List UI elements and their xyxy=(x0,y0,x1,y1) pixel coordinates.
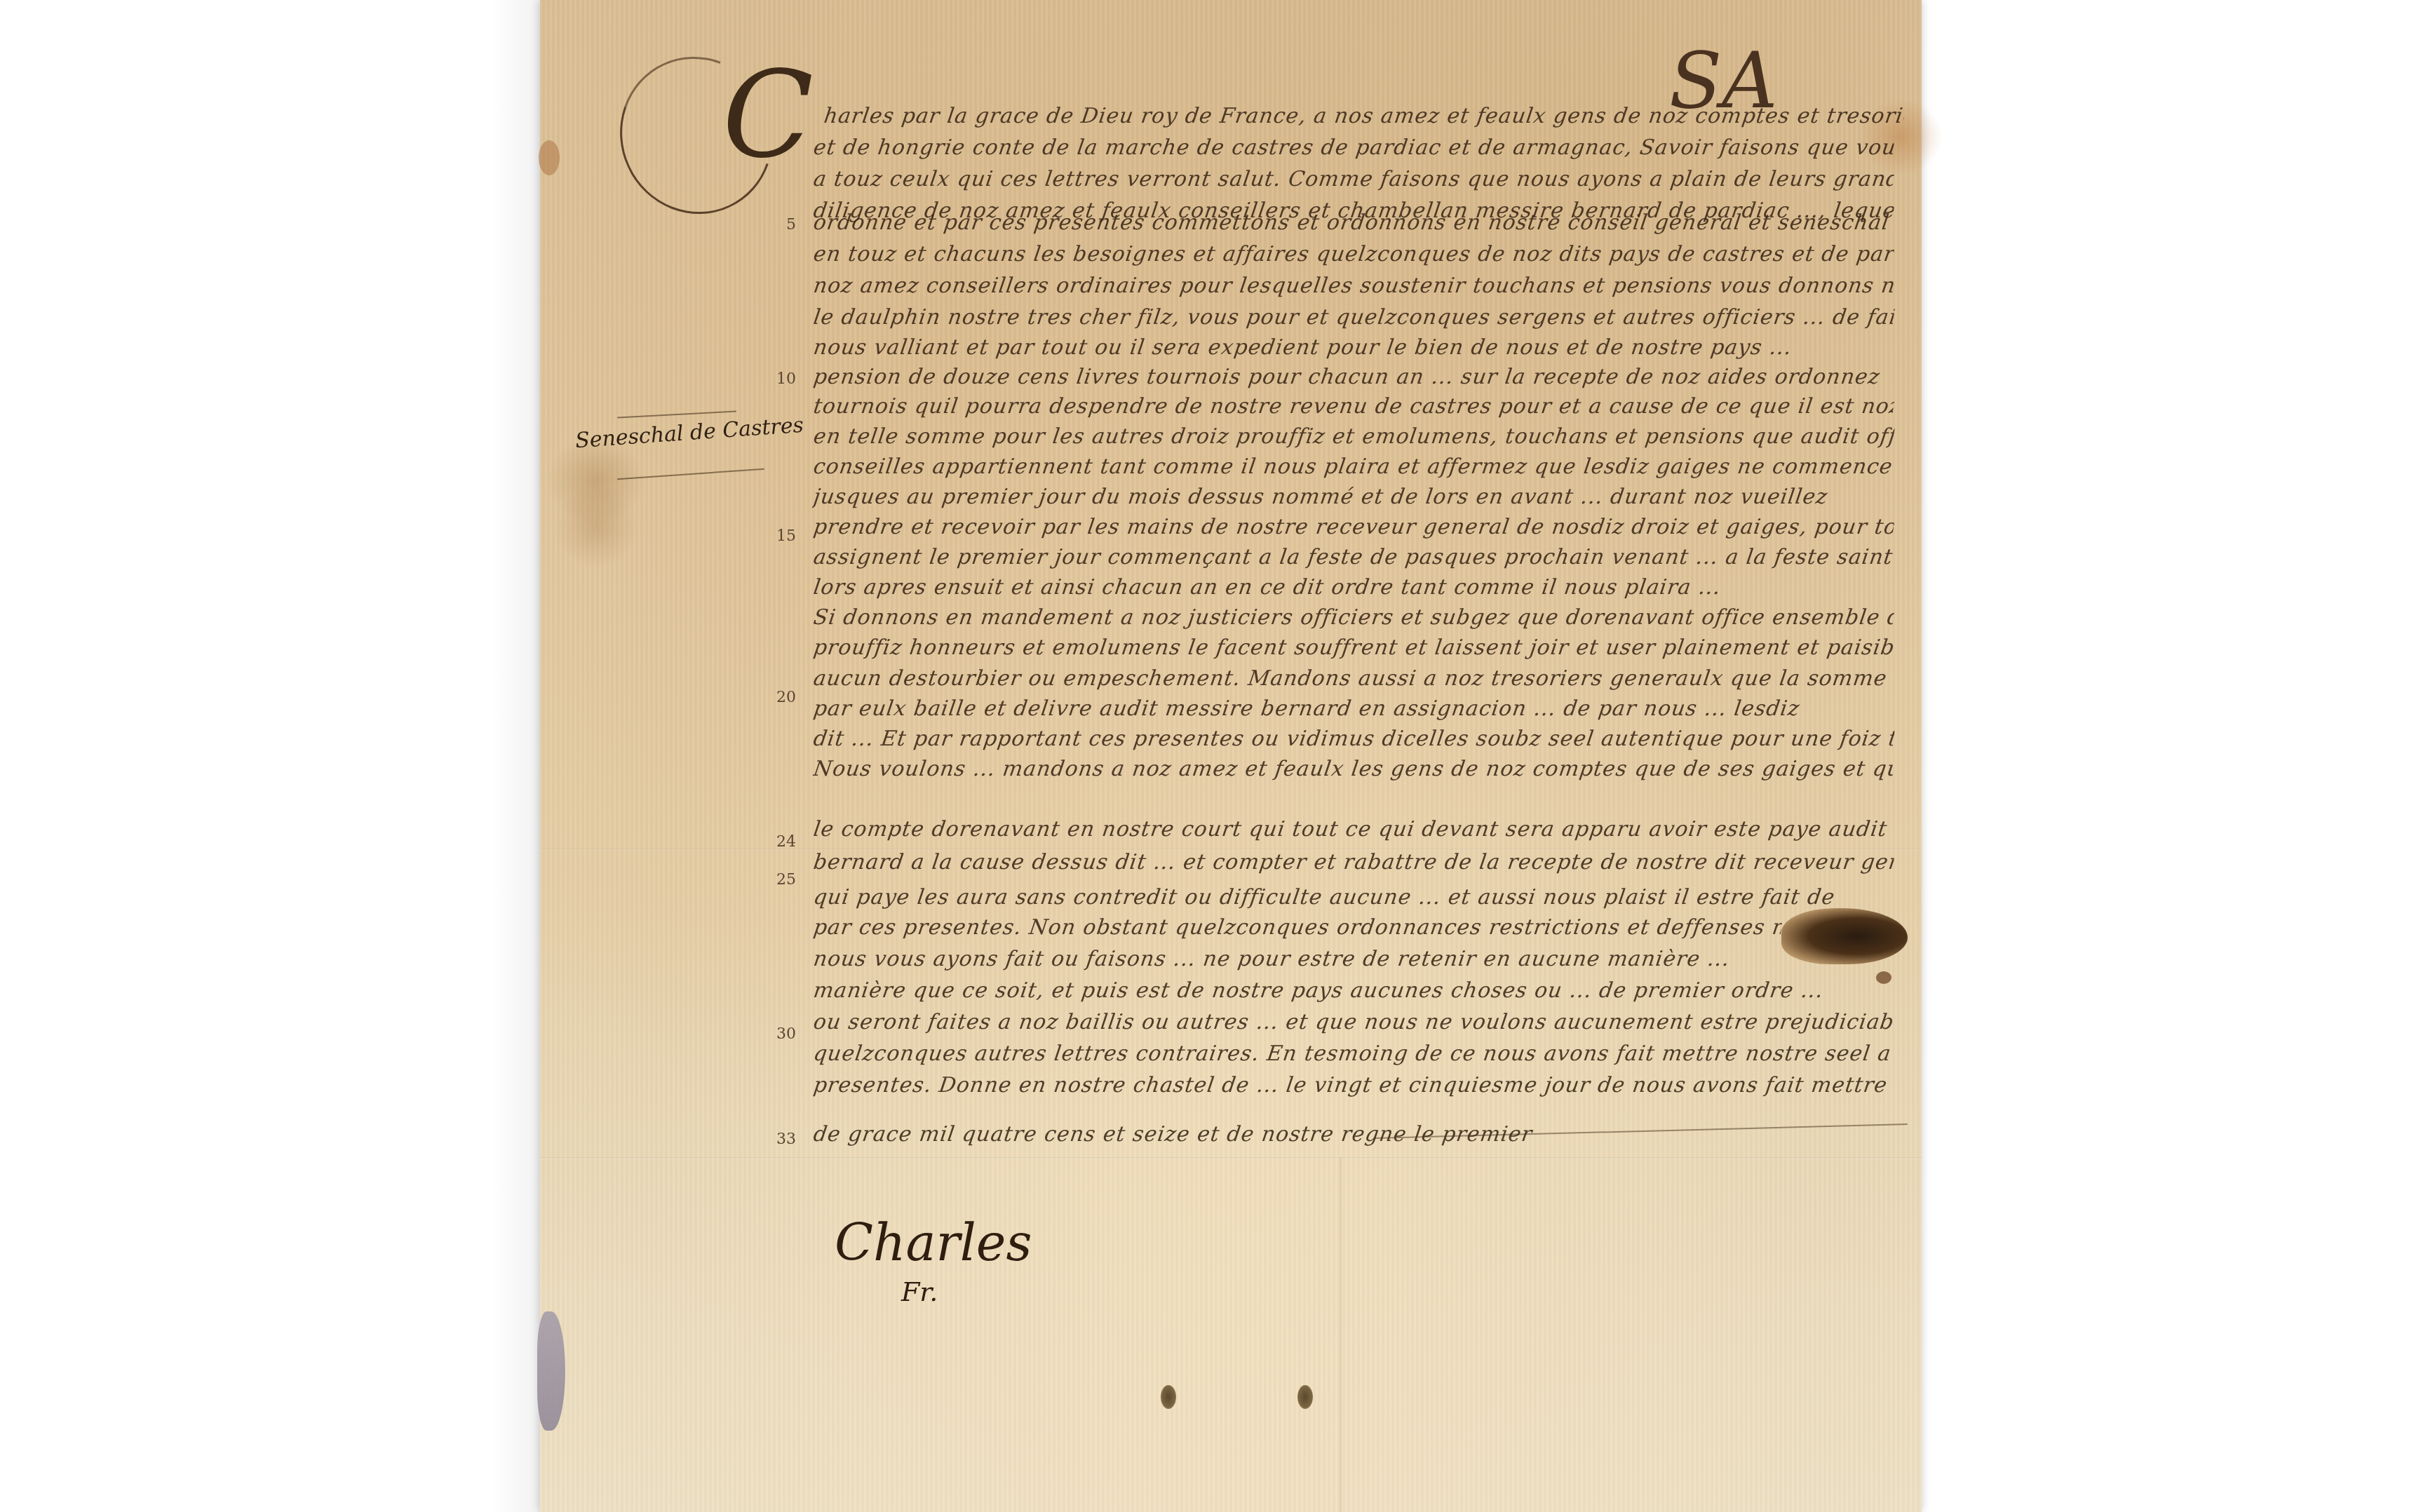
line-number: 33 xyxy=(768,1130,796,1148)
text-line: prouffiz honneurs et emolumens le facent… xyxy=(812,635,1896,660)
line-number: 24 xyxy=(768,833,796,851)
line-number: 15 xyxy=(768,527,796,545)
text-line: nous vous ayons fait ou faisons ... ne p… xyxy=(812,947,1896,971)
text-line: nous valliant et par tout ou il sera exp… xyxy=(812,335,1896,360)
line-number: 5 xyxy=(768,216,796,234)
edge-repair-patch xyxy=(537,1311,565,1431)
text-line: dit ... Et par rapportant ces presentes … xyxy=(812,727,1896,751)
text-line: conseilles appartiennent tant comme il n… xyxy=(812,454,1896,479)
text-line: assignent le premier jour commençant a l… xyxy=(812,545,1896,569)
line-number: 10 xyxy=(768,370,796,388)
text-line: aucun destourbier ou empeschement. Mando… xyxy=(812,666,1896,691)
edge-stain xyxy=(539,140,560,175)
line-number: 20 xyxy=(768,689,796,706)
text-line: tournois quil pourra despendre de nostre… xyxy=(812,394,1896,419)
water-stain xyxy=(554,484,638,568)
line-number: 30 xyxy=(768,1025,796,1043)
text-line: en telle somme pour les autres droiz pro… xyxy=(812,424,1896,449)
text-line: ordonne et par ces presentes commettons … xyxy=(812,210,1896,235)
ink-spot xyxy=(1876,971,1891,984)
text-line: manière que ce soit, et puis est de nost… xyxy=(812,978,1896,1003)
text-line: le compte dorenavant en nostre court qui… xyxy=(812,817,1896,842)
line-number: 25 xyxy=(743,871,796,889)
text-line: prendre et recevoir par les mains de nos… xyxy=(812,515,1896,539)
signature-mark: Fr. xyxy=(901,1276,938,1307)
text-line: le daulphin nostre tres cher filz, vous … xyxy=(812,305,1896,330)
text-line: ou seront faites a noz baillis ou autres… xyxy=(812,1010,1896,1034)
text-line: presentes. Donne en nostre chastel de ..… xyxy=(812,1073,1896,1098)
text-line: par eulx baille et delivre audit messire… xyxy=(812,696,1896,721)
text-line: noz amez conseillers ordinaires pour les… xyxy=(812,274,1896,298)
text-line: bernard a la cause dessus dit ... et com… xyxy=(812,850,1896,875)
faded-stamp-show-through xyxy=(1129,1206,1361,1466)
text-line: lors apres ensuit et ainsi chacun an en … xyxy=(812,575,1896,600)
text-line: a touz ceulx qui ces lettres verront sal… xyxy=(812,167,1896,191)
text-line: harles par la grace de Dieu roy de Franc… xyxy=(823,104,1906,128)
text-line: et de hongrie conte de la marche de cast… xyxy=(812,135,1896,160)
text-line: Si donnons en mandement a noz justiciers… xyxy=(812,605,1896,630)
ink-blot xyxy=(1781,908,1908,964)
text-line: quelzconques autres lettres contraires. … xyxy=(812,1041,1896,1066)
decorated-initial: C xyxy=(722,56,814,175)
text-line: Nous voulons ... mandons a noz amez et f… xyxy=(812,757,1896,781)
text-line: pension de douze cens livres tournois po… xyxy=(812,365,1896,389)
royal-signature: Charles xyxy=(835,1213,1032,1272)
fold-line xyxy=(540,1157,1922,1159)
seal-hole xyxy=(1297,1385,1313,1409)
text-line: jusques au premier jour du mois dessus n… xyxy=(812,485,1896,509)
seal-hole xyxy=(1161,1385,1176,1409)
text-line: en touz et chacuns les besoignes et affa… xyxy=(812,242,1896,266)
text-line: qui paye les aura sans contredit ou diff… xyxy=(812,885,1896,910)
text-line: par ces presentes. Non obstant quelzconq… xyxy=(812,915,1783,940)
